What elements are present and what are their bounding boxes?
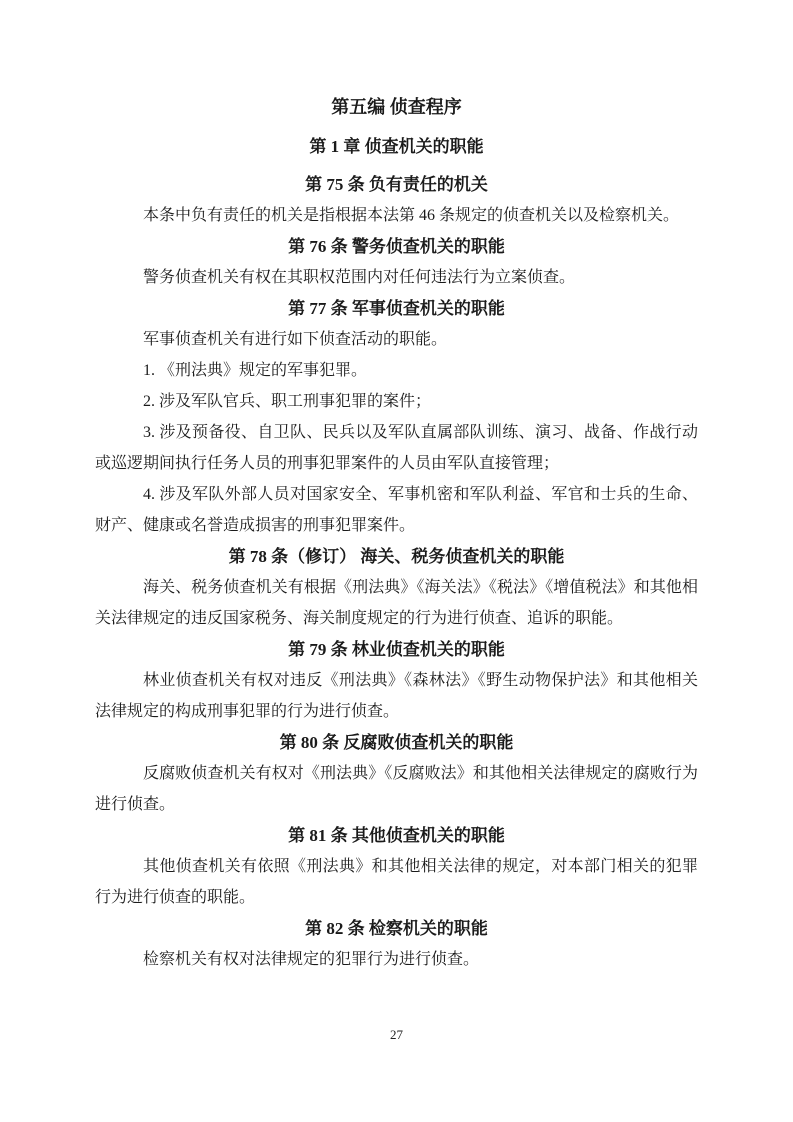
article-77-item-3: 3. 涉及预备役、自卫队、民兵以及军队直属部队训练、演习、战备、作战行动或巡逻期… [95,417,698,479]
article-77-item-1: 1. 《刑法典》规定的军事犯罪。 [95,355,698,386]
article-76-body: 警务侦查机关有权在其职权范围内对任何违法行为立案侦查。 [95,262,698,293]
article-82-body: 检察机关有权对法律规定的犯罪行为进行侦查。 [95,944,698,975]
article-75-heading: 第 75 条 负有责任的机关 [95,169,698,200]
article-80-body: 反腐败侦查机关有权对《刑法典》《反腐败法》和其他相关法律规定的腐败行为进行侦查。 [95,758,698,820]
document-page: 第五编 侦查程序 第 1 章 侦查机关的职能 第 75 条 负有责任的机关 本条… [0,0,793,1122]
article-79-heading: 第 79 条 林业侦查机关的职能 [95,634,698,665]
article-77-heading: 第 77 条 军事侦查机关的职能 [95,293,698,324]
article-76-heading: 第 76 条 警务侦查机关的职能 [95,231,698,262]
chapter-heading: 第 1 章 侦查机关的职能 [95,131,698,162]
article-78-heading: 第 78 条（修订） 海关、税务侦查机关的职能 [95,541,698,572]
page-number: 27 [0,1027,793,1043]
article-75-body: 本条中负有责任的机关是指根据本法第 46 条规定的侦查机关以及检察机关。 [95,200,698,231]
article-78-body: 海关、税务侦查机关有根据《刑法典》《海关法》《税法》《增值税法》和其他相关法律规… [95,572,698,634]
article-80-heading: 第 80 条 反腐败侦查机关的职能 [95,727,698,758]
article-82-heading: 第 82 条 检察机关的职能 [95,913,698,944]
article-81-heading: 第 81 条 其他侦查机关的职能 [95,820,698,851]
article-77-item-4: 4. 涉及军队外部人员对国家安全、军事机密和军队利益、军官和士兵的生命、财产、健… [95,479,698,541]
article-81-body: 其他侦查机关有依照《刑法典》和其他相关法律的规定，对本部门相关的犯罪行为进行侦查… [95,851,698,913]
article-79-body: 林业侦查机关有权对违反《刑法典》《森林法》《野生动物保护法》和其他相关法律规定的… [95,665,698,727]
part-heading: 第五编 侦查程序 [95,92,698,123]
article-77-body: 军事侦查机关有进行如下侦查活动的职能。 [95,324,698,355]
article-77-item-2: 2. 涉及军队官兵、职工刑事犯罪的案件； [95,386,698,417]
